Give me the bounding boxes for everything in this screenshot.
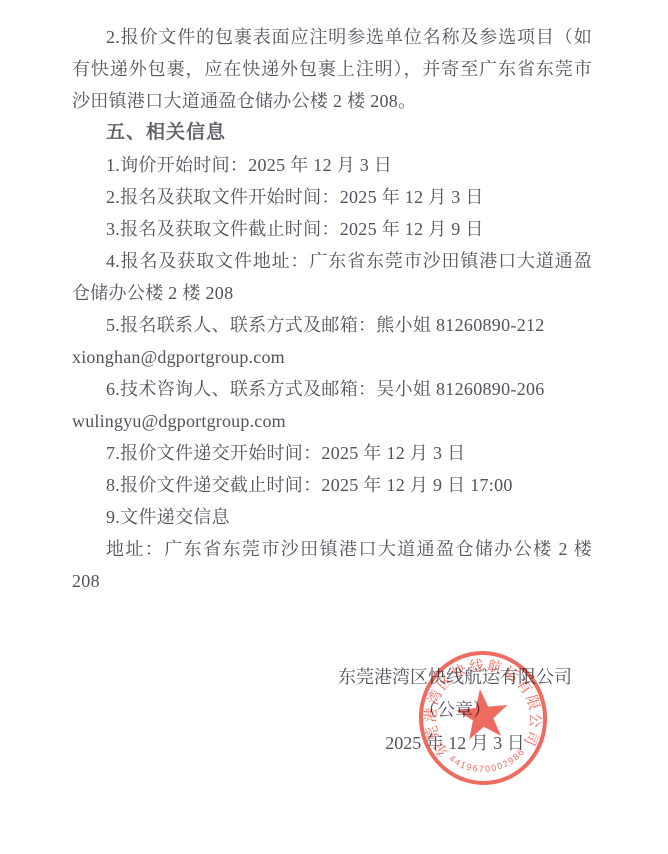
section-heading: 五、相关信息 bbox=[72, 117, 592, 149]
paragraph-line: 2.报价文件的包裹表面应注明参选单位名称及参选项目（如 bbox=[72, 21, 592, 53]
document-body: 2.报价文件的包裹表面应注明参选单位名称及参选项目（如 有快递外包裹，应在快递外… bbox=[72, 21, 592, 597]
info-item-line: 4.报名及获取文件地址：广东省东莞市沙田镇港口大道通盈 bbox=[72, 245, 592, 277]
info-item-line: 3.报名及获取文件截止时间：2025 年 12 月 9 日 bbox=[72, 213, 592, 245]
info-item-line: 仓储办公楼 2 楼 208 bbox=[72, 277, 592, 309]
paragraph-line: 沙田镇港口大道通盈仓储办公楼 2 楼 208。 bbox=[72, 85, 592, 117]
email-line: xionghan@dgportgroup.com bbox=[72, 341, 592, 373]
document-page: 2.报价文件的包裹表面应注明参选单位名称及参选项目（如 有快递外包裹，应在快递外… bbox=[0, 0, 668, 854]
seal-star-icon bbox=[454, 686, 510, 740]
paragraph-line: 有快递外包裹，应在快递外包裹上注明），并寄至广东省东莞市 bbox=[72, 53, 592, 85]
info-item-line: 1.询价开始时间：2025 年 12 月 3 日 bbox=[72, 149, 592, 181]
official-seal-stamp: 东莞港湾区快线航运有限公司 4419670002986 bbox=[401, 636, 566, 801]
info-item-line: 2.报名及获取文件开始时间：2025 年 12 月 3 日 bbox=[72, 181, 592, 213]
info-item-line: 6.技术咨询人、联系方式及邮箱：吴小姐 81260890-206 bbox=[72, 373, 592, 405]
info-item-line: 9.文件递交信息 bbox=[72, 501, 592, 533]
info-item-line: 地址：广东省东莞市沙田镇港口大道通盈仓储办公楼 2 楼 bbox=[72, 533, 592, 565]
info-item-line: 5.报名联系人、联系方式及邮箱：熊小姐 81260890-212 bbox=[72, 309, 592, 341]
info-item-line: 8.报价文件递交截止时间：2025 年 12 月 9 日 17:00 bbox=[72, 469, 592, 501]
info-item-line: 208 bbox=[72, 565, 592, 597]
email-line: wulingyu@dgportgroup.com bbox=[72, 405, 592, 437]
info-item-line: 7.报价文件递交开始时间：2025 年 12 月 3 日 bbox=[72, 437, 592, 469]
